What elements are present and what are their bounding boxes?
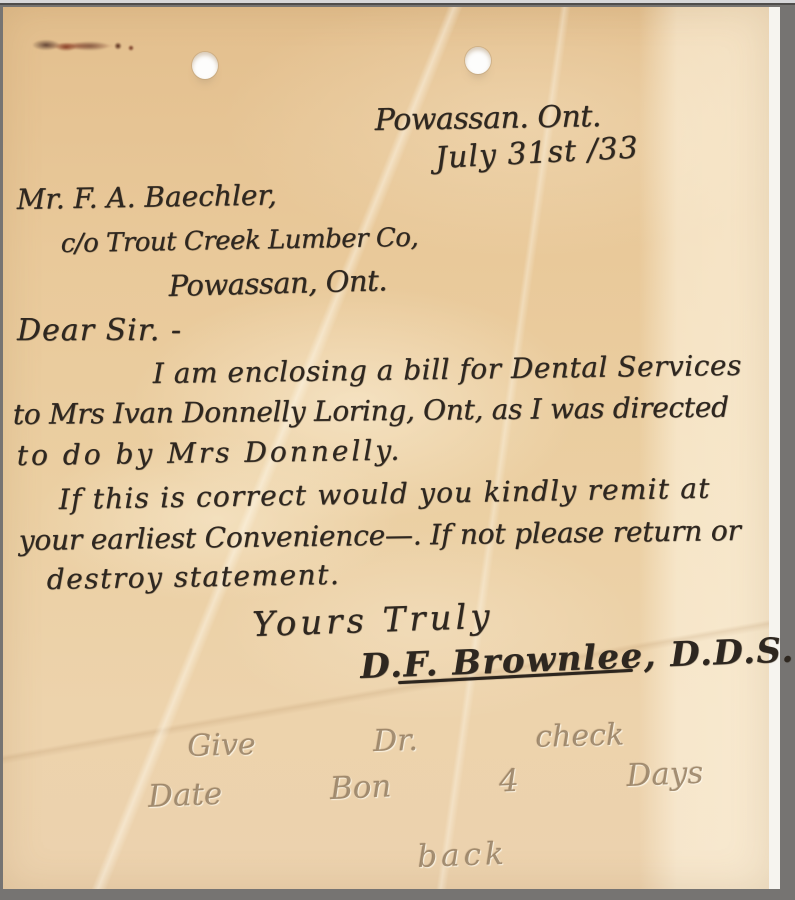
pencil-note-line-3: back xyxy=(417,836,509,875)
letter-paper: Powassan. Ont. July 31st /33 Mr. F. A. B… xyxy=(3,7,769,889)
recipient-name: Mr. F. A. Baechler, xyxy=(16,178,277,216)
rust-stain-mark xyxy=(28,32,153,60)
body-line-6: destroy statement. xyxy=(46,558,340,596)
body-line-5: your earliest Convenience—. If not pleas… xyxy=(19,514,741,557)
recipient-company: c/o Trout Creek Lumber Co, xyxy=(60,223,418,259)
punch-hole-left xyxy=(192,52,218,79)
body-line-1: I am enclosing a bill for Dental Service… xyxy=(153,349,742,390)
scanned-letter-page: Powassan. Ont. July 31st /33 Mr. F. A. B… xyxy=(0,0,795,900)
pencil-note-line-1: Give Dr. check xyxy=(187,718,625,764)
dateline-place: Powassan. Ont. xyxy=(374,99,601,138)
body-line-4: If this is correct would you kindly remi… xyxy=(58,472,710,516)
dateline-date: July 31st /33 xyxy=(434,130,639,176)
salutation: Dear Sir. - xyxy=(17,313,182,348)
pencil-note-line-2: Date Bon 4 Days xyxy=(147,755,704,815)
scan-frame-top-line xyxy=(0,3,795,5)
paper-right-edge-strip xyxy=(769,7,780,889)
body-line-2: to Mrs Ivan Donnelly Loring, Ont, as I w… xyxy=(13,391,729,431)
punch-hole-right xyxy=(465,47,491,74)
recipient-town: Powassan, Ont. xyxy=(168,263,387,303)
closing: Yours Truly xyxy=(252,597,495,645)
body-line-3: to do by Mrs Donnelly. xyxy=(17,434,403,472)
